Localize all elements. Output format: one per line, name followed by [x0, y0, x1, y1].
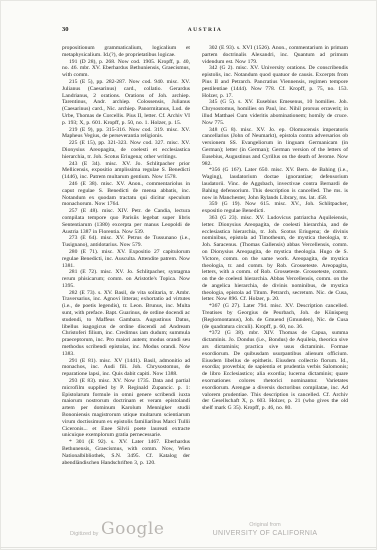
catalog-entry: 293 (E 83). misc. XV. Now 1735. Data and…	[62, 378, 190, 439]
running-head: AUSTRIA	[62, 27, 348, 33]
catalog-entry: *372 (G 38). mbr. XIV. Thomas de Capua, …	[202, 330, 348, 412]
catalog-entry: propositionum grammaticalium, logicalium…	[62, 45, 190, 59]
catalog-entry: 257 (E 48). misc. XIV. Petr. de Candia, …	[62, 208, 190, 235]
catalog-entry: 291 (E 81). misc. XV (1441). Basil, admo…	[62, 358, 190, 378]
bottom-scan-edge	[0, 547, 377, 548]
institution-watermark: UNIVERSITY OF CALIFORNIA	[210, 530, 320, 537]
catalog-entry: 302 (E 93). s. XVI (1526). Anon., commen…	[202, 45, 348, 65]
catalog-entry: 359 (G 19). Now 615. misc. XV., Joh. Sch…	[202, 201, 348, 215]
original-from-label: Original from	[210, 522, 320, 528]
catalog-entry: *356 (G 16?). Later 650. misc. XV. Bern.…	[202, 167, 348, 201]
column-left: propositionum grammaticalium, logicalium…	[62, 45, 190, 491]
catalog-entry: 348 (G 8). misc. XV. Jo. ep. Olomucensis…	[202, 127, 348, 168]
catalog-entry: 280 (E 71). misc. XV. Expositio 27 capit…	[62, 249, 190, 269]
catalog-entry: *367 (G 27). Later 794. misc. XV. Descri…	[202, 303, 348, 330]
scanned-book-page: 30 AUSTRIA propositionum grammaticalium,…	[0, 0, 377, 550]
catalog-entry: 246 (E 38). misc. XV. Anon., commentario…	[62, 181, 190, 208]
digitized-by-label: Digitized by	[70, 531, 98, 537]
google-watermark: Google	[101, 519, 164, 539]
catalog-entry: 225 (E 15), pp. 321-323. Now cod. 327. m…	[62, 140, 190, 160]
catalog-entry: 273 (E 64). misc. XV. Petrus de Tussunan…	[62, 235, 190, 249]
scan-footer: Digitized by Google Original from UNIVER…	[0, 515, 377, 550]
catalog-entry: 342 (G 2). misc. XV. University orations…	[202, 65, 348, 99]
catalog-entry: 345 (G 5). s. XV. Eusebius Emesenus, 10 …	[202, 99, 348, 126]
catalog-entry: 363 (G 23). misc. XV. Ludovicus patriarc…	[202, 215, 348, 303]
text-body: propositionum grammaticalium, logicalium…	[62, 45, 348, 491]
catalog-entry: * 301 (E 92). s. XV. Later 1467. Eberhar…	[62, 439, 190, 466]
catalog-entry: 191 (D 28), p. 268. Now cod. 1905. Kropf…	[62, 59, 190, 79]
catalog-entry: 243 (E 34). misc. XV. Jo. Schlitpacher p…	[62, 161, 190, 181]
column-right: 302 (E 93). s. XVI (1526). Anon., commen…	[202, 45, 348, 491]
catalog-entry: 281 (E 72). misc. XV. Jo. Schlitpacher, …	[62, 269, 190, 289]
catalog-entry: 215 (E 5), pp. 282-287. Now cod. 940. mi…	[62, 79, 190, 127]
catalog-entry: 219 (E 9), pp. 315-316. Now cod. 319. mi…	[62, 127, 190, 141]
catalog-entry: 282 (E 73). s. XV. Basil, de vita solita…	[62, 290, 190, 358]
page-header: 30 AUSTRIA	[62, 26, 348, 36]
